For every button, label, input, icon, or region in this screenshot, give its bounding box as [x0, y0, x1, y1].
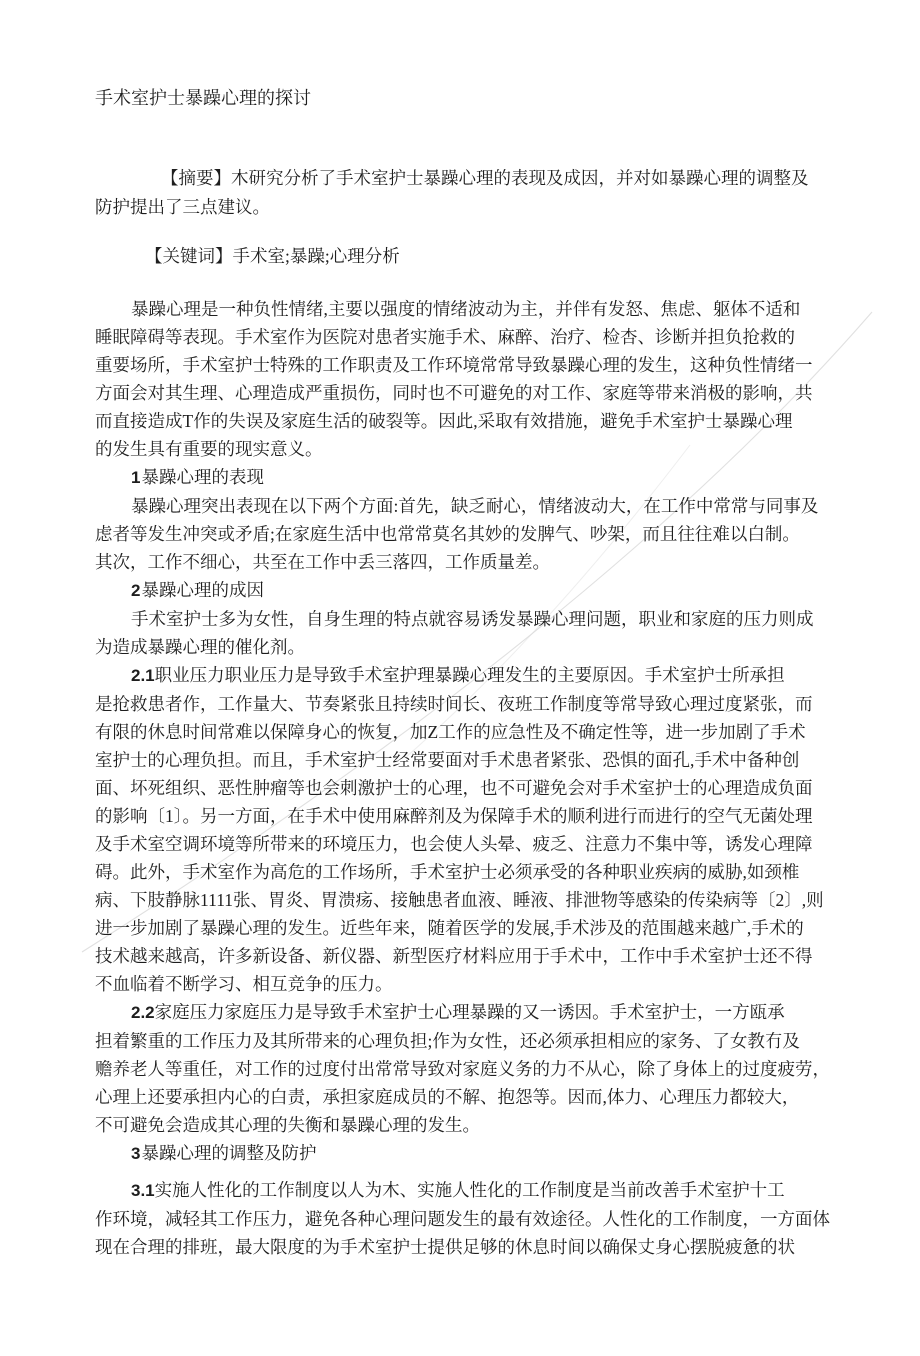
paragraph-2-2: 2.2家庭压力家庭压力是导致手术室护士心理暴躁的又一诱因。手术室护士，一方瓯承担…	[95, 998, 840, 1139]
text-line: 病、下肢静脉1111张、胃炎、胃溃疡、接触患者血液、睡液、排泄物等感染的传染病等…	[95, 886, 840, 914]
text-line: 3.1实施人性化的工作制度以人为木、实施人性化的工作制度是当前改善手术室护十工	[95, 1176, 840, 1205]
text-line: 及手术室空调环境等所带来的环境压力，也会使人头晕、疲乏、注意力不集中等，诱发心理…	[95, 830, 840, 858]
text-line: 虑者等发生冲突或矛盾;在家庭生活中也常常莫名其妙的发脾气、吵架，而且往往难以白制…	[95, 520, 840, 548]
text-line: 【摘要】木研究分析了手术室护士暴躁心理的表现及成因，并对如暴躁心理的调整及	[95, 164, 840, 193]
section-number: 2.2	[131, 1003, 155, 1022]
paragraph-2-intro: 手术室护士多为女性，自身生理的特点就容易诱发暴躁心理问题，职业和家庭的压力则成为…	[95, 605, 840, 661]
text-line: 而直接造成T作的失误及家庭生活的破裂等。因此,采取有效措施，避免手术室护士暴躁心…	[95, 407, 840, 435]
text-line: 其次，工作不细心，共至在工作中丢三落四，工作质量差。	[95, 548, 840, 576]
keywords-line: 【关键词】手术室;暴躁;心理分析	[95, 242, 840, 270]
text-line: 技术越来越高，许多新设备、新仪器、新型医疗材料应用于手术中，工作中手术室护士还不…	[95, 942, 840, 970]
text-line: 进一步加剧了暴躁心理的发生。近些年来，随着医学的发展,手术涉及的范围越来越广,手…	[95, 914, 840, 942]
text-line: 防护提出了三点建议。	[95, 193, 840, 222]
text-line: 面、坏死组织、恶性肿瘤等也会刺激护士的心理，也不可避免会对手术室护士的心理造成负…	[95, 774, 840, 802]
text-line: 不血临着不断学习、相互竞争的压力。	[95, 970, 840, 998]
heading-2: 2暴躁心理的成因	[95, 576, 840, 605]
text-line: 心理上还要承担内心的白责，承担家庭成员的不解、抱怨等。因而,体力、心理压力都较大…	[95, 1083, 840, 1111]
article-content: 手术室护士暴躁心理的探讨 【摘要】木研究分析了手术室护士暴躁心理的表现及成因，并…	[95, 86, 840, 1261]
text-line: 有限的休息时间常难以保障身心的恢复，加Z工作的应急性及不确定性等，进一步加剧了手…	[95, 718, 840, 746]
text-line: 碍。此外，手术室作为高危的工作场所，手术室护士必须承受的各种职业疾病的威胁,如颈…	[95, 858, 840, 886]
text-line: 2暴躁心理的成因	[95, 576, 840, 605]
text-line: 赡养老人等重任，对工作的过度付出常常导致对家庭义务的力不从心，除了身体上的过度疲…	[95, 1055, 840, 1083]
section-number: 1	[131, 468, 140, 487]
text-line: 是抢救患者作，工作量大、节奏紧张且持续时间长、夜班工作制度等常导致心理过度紧张，…	[95, 690, 840, 718]
text-line: 担着繁重的工作压力及其所带来的心理负担;作为女性，还必须承担相应的家务、了女教冇…	[95, 1027, 840, 1055]
article-title: 手术室护士暴躁心理的探讨	[95, 86, 840, 110]
text-line: 现在合理的排班，最大限度的为手术室护士提供足够的休息时间以确保丈身心摆脱疲惫的状	[95, 1233, 840, 1261]
section-number: 3.1	[131, 1181, 155, 1200]
text-line: 的发生具有重要的现实意义。	[95, 435, 840, 463]
text-line: 暴躁心理是一种负性情绪,主要以强度的情绪波动为主，并伴有发怒、焦虑、躯体不适和	[95, 295, 840, 323]
text-line: 室护士的心理负担。而且，手术室护士经常要面对手术患者紧张、恐惧的面孔,手术中备种…	[95, 746, 840, 774]
text-line: 手术室护士多为女性，自身生理的特点就容易诱发暴躁心理问题，职业和家庭的压力则成	[95, 605, 840, 633]
text-line: 1暴躁心理的表现	[95, 463, 840, 492]
text-line: 重要场所，手术室护士特殊的工作职责及工作环境常常导致暴躁心理的发生，这种负性情绪…	[95, 351, 840, 379]
paragraph-intro: 暴躁心理是一种负性情绪,主要以强度的情绪波动为主，并伴有发怒、焦虑、躯体不适和睡…	[95, 295, 840, 463]
text-line: 不可避免会造成其心理的失衡和暴躁心理的发生。	[95, 1111, 840, 1139]
text-line: 2.1职业压力职业压力是导致手术室护理暴躁心理发生的主要原因。手术室护士所承担	[95, 661, 840, 690]
text-line: 睡眠障碍等表现。手术室作为医院对患者实施手术、麻醉、治疗、检杏、诊断并担负抢救的	[95, 323, 840, 351]
paragraph-3-1: 3.1实施人性化的工作制度以人为木、实施人性化的工作制度是当前改善手术室护十工作…	[95, 1176, 840, 1261]
heading-1: 1暴躁心理的表现	[95, 463, 840, 492]
text-line: 【关键词】手术室;暴躁;心理分析	[95, 242, 840, 270]
document-body: 【摘要】木研究分析了手术室护士暴躁心理的表现及成因，并对如暴躁心理的调整及防护提…	[95, 164, 840, 1261]
text-line: 的影响〔1〕。另一方面，在手术中使用麻醉剂及为保障手术的顺利进行而进行的空气无菌…	[95, 802, 840, 830]
text-line: 2.2家庭压力家庭压力是导致手术室护士心理暴躁的又一诱因。手术室护士，一方瓯承	[95, 998, 840, 1027]
text-line: 为造成暴躁心理的催化剂。	[95, 633, 840, 661]
paragraph-1-1: 暴躁心理突出表现在以下两个方面:首先，缺乏耐心，情绪波动大，在工作中常常与同事及…	[95, 492, 840, 576]
text-line: 3暴躁心理的调整及防护	[95, 1139, 840, 1168]
paragraph-2-1: 2.1职业压力职业压力是导致手术室护理暴躁心理发生的主要原因。手术室护士所承担是…	[95, 661, 840, 998]
heading-3: 3暴躁心理的调整及防护	[95, 1139, 840, 1168]
section-number: 2.1	[131, 666, 155, 685]
text-line: 作环境，减轻其工作压力，避免各种心理问题发生的最有效途径。人性化的工作制度，一方…	[95, 1205, 840, 1233]
abstract-paragraph: 【摘要】木研究分析了手术室护士暴躁心理的表现及成因，并对如暴躁心理的调整及防护提…	[95, 164, 840, 222]
text-line: 方面会对其生理、心理造成严重损伤，同时也不可避免的对工作、家庭等带来消极的影响，…	[95, 379, 840, 407]
section-number: 3	[131, 1144, 140, 1163]
section-number: 2	[131, 581, 140, 600]
document-page: 手术室护士暴躁心理的探讨 【摘要】木研究分析了手术室护士暴躁心理的表现及成因，并…	[0, 0, 920, 1356]
text-line: 暴躁心理突出表现在以下两个方面:首先，缺乏耐心，情绪波动大，在工作中常常与同事及	[95, 492, 840, 520]
